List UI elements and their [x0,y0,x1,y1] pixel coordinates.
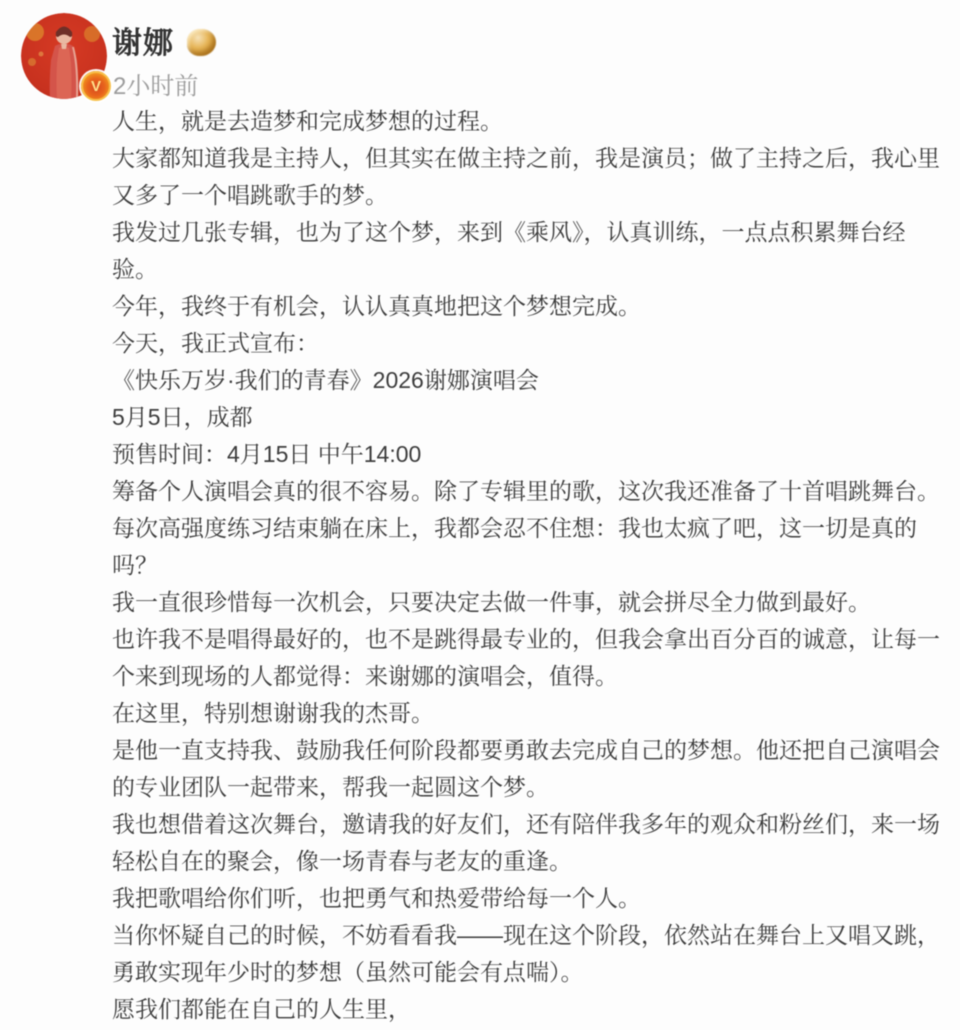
verified-badge-icon: V [81,71,111,101]
post-paragraph: 我发过几张专辑，也为了这个梦，来到《乘风》，认真训练，一点点积累舞台经验。 [112,214,944,288]
gold-medal-icon [187,29,216,56]
post-timestamp: 2小时前 [113,66,198,101]
post-paragraph: 5月5日，成都 [112,399,944,436]
post-paragraph: 预售时间：4月15日 中午14:00 [112,436,944,473]
post-paragraph: 愿我们都能在自己的人生里， [112,991,944,1028]
post-paragraph: 在这里，特别想谢谢我的杰哥。 [112,695,944,732]
post-paragraph: 人生，就是去造梦和完成梦想的过程。 [112,103,944,140]
post-paragraph: 《快乐万岁·我们的青春》2026谢娜演唱会 [112,362,944,399]
post-paragraph: 今天，我正式宣布： [112,325,944,362]
post-paragraph: 我也想借着这次舞台，邀请我的好友们，还有陪伴我多年的观众和粉丝们，来一场轻松自在… [112,806,944,880]
post-paragraph: 今年，我终于有机会，认认真真地把这个梦想完成。 [112,288,944,325]
post-paragraph: 是他一直支持我、鼓励我任何阶段都要勇敢去完成自己的梦想。他还把自己演唱会的专业团… [112,732,944,806]
user-avatar[interactable]: V [21,13,107,99]
author-row: 谢娜 [112,18,216,62]
post-paragraph: 我一直很珍惜每一次机会，只要决定去做一件事，就会拼尽全力做到最好。 [112,584,944,621]
post-paragraph: 当你怀疑自己的时候，不妨看看我——现在这个阶段，依然站在舞台上又唱又跳，勇敢实现… [112,917,944,991]
post-paragraph: 大家都知道我是主持人，但其实在做主持之前，我是演员；做了主持之后，我心里又多了一… [112,140,944,214]
post-paragraph: 也许我不是唱得最好的，也不是跳得最专业的，但我会拿出百分百的诚意，让每一个来到现… [112,621,944,695]
weibo-post-card: V 谢娜 2小时前 人生，就是去造梦和完成梦想的过程。大家都知道我是主持人，但其… [0,0,960,1030]
verified-letter: V [91,78,101,95]
post-content: 人生，就是去造梦和完成梦想的过程。大家都知道我是主持人，但其实在做主持之前，我是… [112,103,944,1028]
post-paragraph: 每次高强度练习结束躺在床上，我都会忍不住想：我也太疯了吧，这一切是真的吗？ [112,510,944,584]
username[interactable]: 谢娜 [112,18,174,62]
post-paragraph: 我把歌唱给你们听，也把勇气和热爱带给每一个人。 [112,880,944,917]
post-paragraph: 筹备个人演唱会真的很不容易。除了专辑里的歌，这次我还准备了十首唱跳舞台。 [112,473,944,510]
